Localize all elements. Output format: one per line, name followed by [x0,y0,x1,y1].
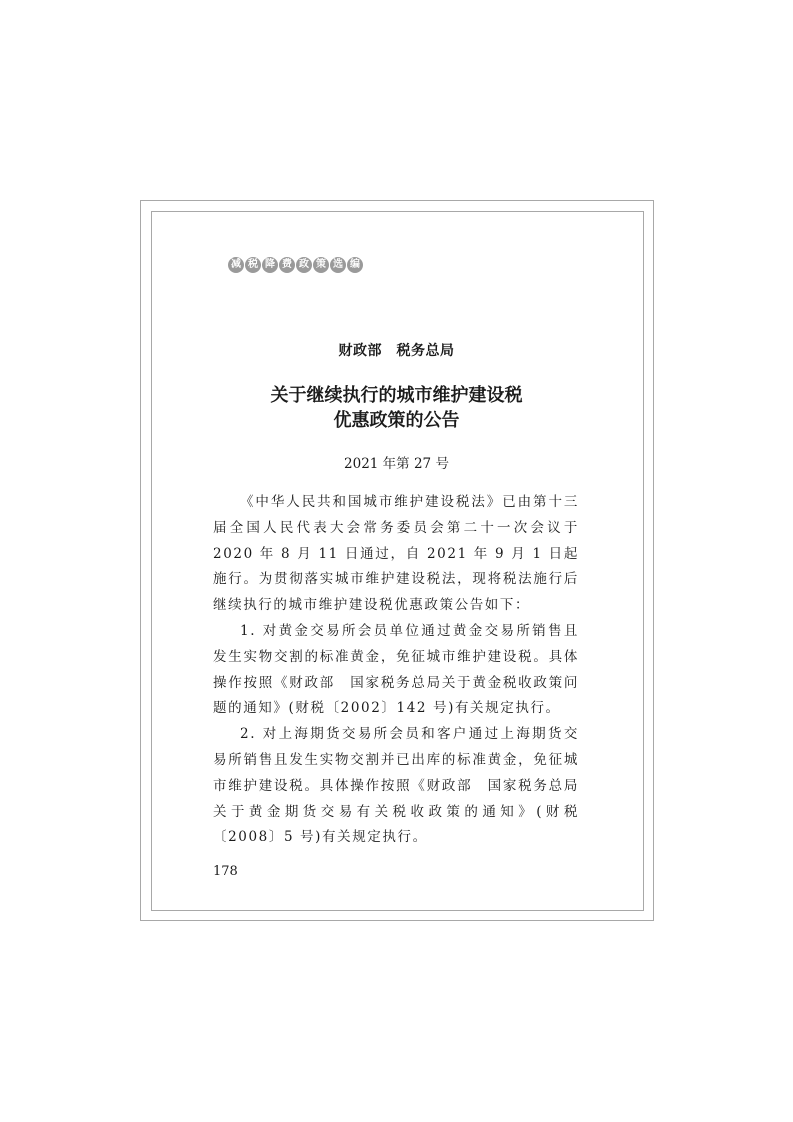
document-title: 关于继续执行的城市维护建设税 优惠政策的公告 [0,383,793,433]
document-issuer: 财政部 税务总局 [0,340,793,360]
series-char-circle: 费 [279,257,295,273]
page-number: 178 [213,864,238,879]
body-paragraph-intro: 《中华人民共和国城市维护建设税法》已由第十三届全国人民代表大会常务委员会第二十一… [213,490,579,619]
series-char-circle: 策 [313,257,329,273]
document-number: 2021 年第 27 号 [0,452,793,472]
title-line-1: 关于继续执行的城市维护建设税 [0,383,793,408]
series-char-circle: 编 [347,257,363,273]
document-body: 《中华人民共和国城市维护建设税法》已由第十三届全国人民代表大会常务委员会第二十一… [213,490,579,851]
series-title-badge: 减 税 降 费 政 策 选 编 [228,257,363,273]
series-char-circle: 降 [262,257,278,273]
series-char-circle: 税 [245,257,261,273]
body-paragraph-item-2: 2. 对上海期货交易所会员和客户通过上海期货交易所销售且发生实物交割并已出库的标… [213,722,579,851]
series-char-circle: 选 [330,257,346,273]
series-char-circle: 政 [296,257,312,273]
body-paragraph-item-1: 1. 对黄金交易所会员单位通过黄金交易所销售且发生实物交割的标准黄金，免征城市维… [213,619,579,722]
series-char-circle: 减 [228,257,244,273]
title-line-2: 优惠政策的公告 [0,408,793,433]
